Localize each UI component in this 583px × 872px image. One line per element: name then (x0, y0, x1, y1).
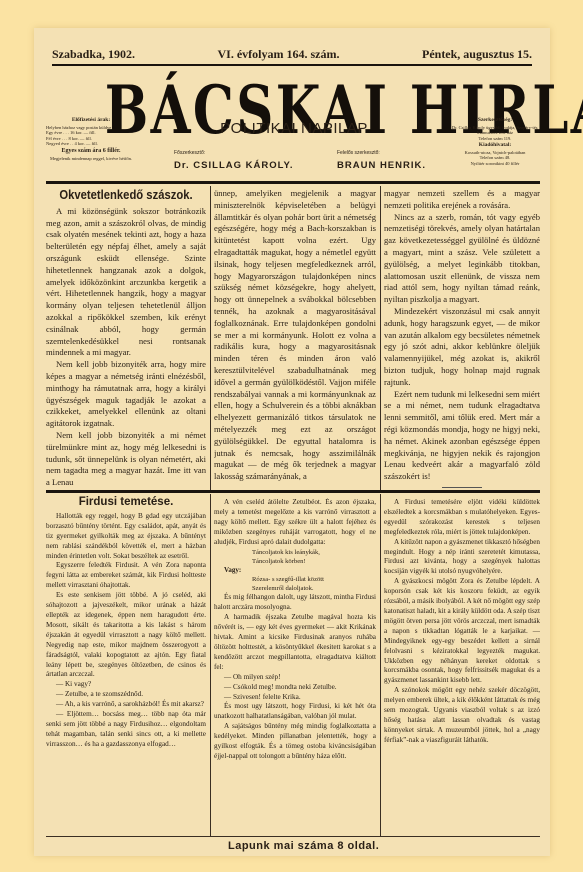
article1-paragraph: A mi közönségünk sokszor botránkozik meg… (46, 206, 206, 359)
article1-paragraph: ünnep, amelyiken megjelenik a magyar min… (214, 188, 376, 483)
publication-note: Megjelenik mindennap reggel, kivéve hétf… (46, 156, 136, 162)
office-line: Dr. Csillag Károly ügyvédi irodája, Szap… (450, 125, 540, 136)
masthead-rule (46, 181, 540, 184)
article2-dialogue: — Eljöttem… bocsáss meg… több nap óta má… (46, 710, 206, 750)
article2-paragraph: Egyszerre feledték Firdusit. A vén Zora … (46, 561, 206, 591)
article2-paragraph: A vén cseléd átölelte Zetulbéot. És azon… (214, 498, 376, 548)
office-box: Szerkesztőség: Dr. Csillag Károly ügyvéd… (450, 118, 540, 166)
article2-paragraph: A harmadik éjszaka Zetulbe magával hozta… (214, 613, 376, 672)
chief-editor-role: Főszerkesztő: (174, 150, 293, 156)
article2-column-2: A vén cseléd átölelte Zetulbéot. És azon… (214, 498, 376, 836)
article1-column-1: Okvetetlenkedő szászok. A mi közönségünk… (46, 186, 206, 488)
verse-block: Táncoljatok kis leánykák, Táncoljatok kö… (214, 548, 376, 566)
volume-number: VI. évfolyam 164. szám. (218, 47, 340, 62)
article2-dialogue: — Ah, a kis varrónő, a sarokházból! És m… (46, 700, 206, 710)
article1-paragraph: Nem kell jobb bizonyiték arra, hogy mire… (46, 359, 206, 430)
verse-block: Rózsa- s szegfű-illat között Szerelemről… (214, 575, 376, 593)
article2-paragraph: Hallották egy reggel, hogy B gdad egy ut… (46, 512, 206, 562)
column-divider (380, 186, 381, 490)
article2-title: Firdusi temetése. (46, 498, 206, 508)
verse-line: Rózsa- s szegfű-illat között (252, 575, 376, 584)
column-divider (380, 494, 381, 836)
article2-paragraph: És mig félhangon dalolt, ugy látszott, m… (214, 593, 376, 613)
article2-paragraph: És most ugy látszott, hogy Firdusi, ki k… (214, 702, 376, 722)
article2-dialogue: — Zetulbe, a te szomszédnőd. (46, 690, 206, 700)
article1-paragraph: Mindezekért viszonzásul mi csak annyit a… (384, 306, 540, 389)
article2-column-3: A Firdusi temetésére eljött vidéki küldö… (384, 498, 540, 836)
editorial-office-heading: Szerkesztőség: (450, 118, 540, 124)
article1-column-3: magyar nemzeti szellem és a magyar nemze… (384, 188, 540, 488)
section-rule (46, 490, 540, 493)
article2-paragraph: A sajátságos bűntény még mindig foglalko… (214, 722, 376, 762)
place-year: Szabadka, 1902. (52, 47, 135, 62)
verse-line: Táncoljatok körben! (252, 557, 376, 566)
subscription-line: Negyed évre . . 4 kor. — fill. (46, 141, 136, 147)
article2-dialogue: — Szivesen! felelte Krika. (214, 693, 376, 703)
article2-paragraph: A gyászkocsi mögött Zora és Zetulbe lépd… (384, 577, 540, 686)
masthead-title: BÁCSKAI HIRLAP (105, 70, 479, 150)
responsible-editor: Felelős szerkesztő: BRAUN HENRIK. (337, 150, 426, 171)
article1-paragraph: Nincs az a szerb, román, tót vagy egyéb … (384, 212, 540, 306)
column-divider (210, 186, 211, 490)
publisher-office-heading: Kiadóhivatal: (450, 143, 540, 149)
article1-title: Okvetetlenkedő szászok. (54, 190, 198, 202)
subscription-heading: Előfizetési árak: (46, 118, 136, 124)
top-rule (52, 64, 532, 66)
responsible-editor-role: Felelős szerkesztő: (337, 150, 426, 156)
chief-editor: Főszerkesztő: Dr. CSILLAG KÁROLY. (174, 150, 293, 171)
issue-date: Péntek, augusztus 15. (422, 47, 532, 62)
verse-label: Vagy: (214, 566, 376, 576)
article2-column-1: Firdusi temetése. Hallották egy reggel, … (46, 496, 206, 836)
article2-paragraph: A szónokok mögött egy nehéz szekér döczö… (384, 686, 540, 745)
article2-paragraph: Es este senkisem jött többé. A jó cseléd… (46, 591, 206, 680)
office-note: Nyilttér sorontkint 40 fillér (450, 161, 540, 167)
article2-paragraph: A Firdusi temetésére eljött vidéki küldö… (384, 498, 540, 538)
verse-line: Táncoljatok kis leánykák, (252, 548, 376, 557)
page-count-note: Lapunk mai száma 8 oldal. (228, 840, 379, 852)
end-rule (442, 487, 482, 488)
chief-editor-name: Dr. CSILLAG KÁROLY. (174, 160, 293, 171)
column-divider (210, 494, 211, 836)
article2-paragraph: A kitűzött napon a gyászmenet tikkasztó … (384, 538, 540, 578)
article1-column-2: ünnep, amelyiken megjelenik a magyar min… (214, 188, 376, 488)
article2-dialogue: — Oh milyen szép! (214, 673, 376, 683)
subscription-box: Előfizetési árak: Helyben házhoz vagy po… (46, 118, 136, 162)
article1-paragraph: magyar nemzeti szellem és a magyar nemze… (384, 188, 540, 212)
article2-dialogue: — Csókold meg! mondta neki Zetulbe. (214, 683, 376, 693)
article1-paragraph: Ezért nem tudunk mi lelkesedni sem miért… (384, 389, 540, 483)
newspaper-page: Szabadka, 1902. VI. évfolyam 164. szám. … (34, 28, 550, 856)
bottom-rule (46, 836, 540, 837)
masthead-subtitle: POLITIKAI NAPILAP (184, 120, 404, 137)
single-copy-price: Egyes szám ára 6 fillér. (46, 149, 136, 155)
article1-paragraph: Nem kell jobb bizonyiték a mi német türe… (46, 430, 206, 488)
office-line: Telefon szám 119. (450, 136, 540, 142)
article2-dialogue: — Ki vagy? (46, 680, 206, 690)
responsible-editor-name: BRAUN HENRIK. (337, 160, 426, 171)
dateline: Szabadka, 1902. VI. évfolyam 164. szám. … (52, 46, 532, 62)
